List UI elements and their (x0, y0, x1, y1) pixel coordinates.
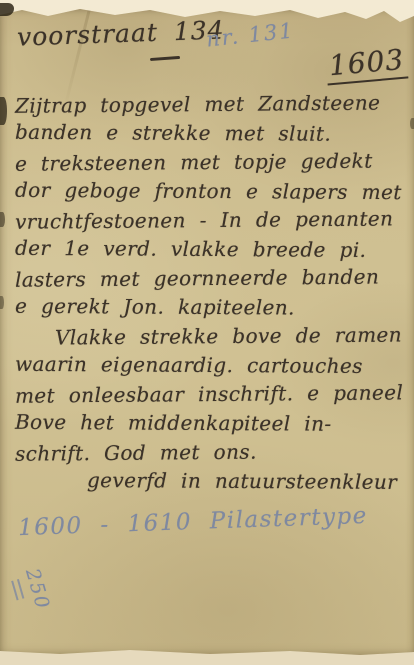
dating-pencil-note: 1600 - 1610 Pilastertype (18, 503, 369, 541)
text-line: banden e strekke met sluit. (15, 118, 410, 149)
text-line: lasters met geornneerde banden (15, 262, 410, 294)
text-line: e treksteenen met topje gedekt (15, 146, 410, 178)
edge-stain (0, 212, 5, 227)
text-line: waarin eigenaardig. cartouches (15, 350, 410, 381)
corner-annotation: 250 (10, 566, 65, 652)
text-line: vruchtfestoenen - In de penanten (15, 204, 410, 236)
edge-stain (0, 97, 7, 125)
text-line: e gerekt Jon. kapiteelen. (15, 292, 410, 323)
text-line: dor geboge fronton e slapers met (15, 176, 410, 207)
year-heading: 1603 (325, 43, 409, 86)
text-line: Bove het middenkapiteel in- (15, 408, 410, 439)
text-line: geverfd in natuursteenkleur (87, 466, 410, 497)
text-line: Zijtrap topgevel met Zandsteene (15, 88, 410, 120)
text-line: Vlakke strekke bove de ramen (55, 320, 410, 352)
edge-stain (410, 118, 414, 129)
corner-annotation-text: 250 (21, 566, 54, 613)
text-line: schrift. God met ons. (15, 436, 410, 468)
scanned-card-photo: voorstraat 134 nr. 131 1603 Zijtrap topg… (0, 0, 414, 665)
address-underline (150, 56, 180, 61)
street-address: voorstraat 134 (17, 15, 225, 51)
edge-stain (0, 296, 4, 309)
archive-card: voorstraat 134 nr. 131 1603 Zijtrap topg… (0, 6, 414, 655)
text-line: der 1e verd. vlakke breede pi. (15, 234, 410, 265)
description-text: Zijtrap topgevel met Zandsteene banden e… (15, 90, 410, 496)
text-line: met onleesbaar inschrift. e paneel (15, 378, 410, 410)
